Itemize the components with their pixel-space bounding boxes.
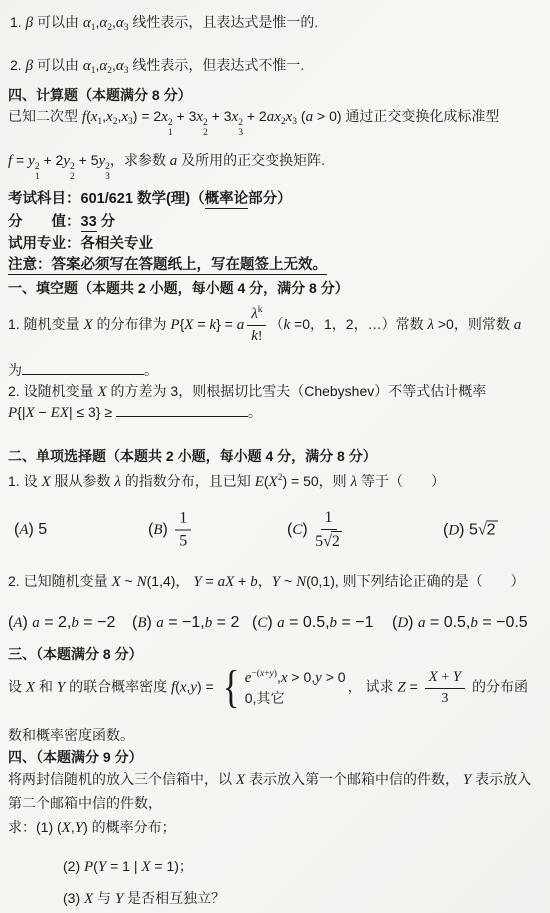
ask-line-1: 求：(1) (X,Y) 的概率分布； (8, 818, 176, 839)
la-statement-1: 1. β 可以由 α1,α2,α3 线性表示，且表达式是惟一的. (10, 13, 318, 34)
section-heading-4: 四、（本题满分 9 分） (8, 748, 143, 766)
choice-q1-stem: 1. 设 X 服从参数 λ 的指数分布，且已知 E(X2) = 50，则 λ 等… (8, 472, 445, 493)
choice-q1-option-a: (A) 5 (14, 521, 47, 539)
ask-line-3: (3) X 与 Y 是否相互独立？ (63, 889, 225, 910)
fill-q1-line: 1. 随机变量 X 的分布律为 P{X = k} = aλkk!（k =0，1，… (8, 305, 521, 346)
choice-q2-option-a: (A) a = 2,b = −2 (8, 614, 115, 632)
section-heading-fill: 一、填空题（本题共 2 小题，每小题 4 分，满分 8 分） (8, 279, 349, 297)
letters-line-1: 将两封信随机的放入三个信箱中，以 X 表示放入第一个邮箱中信的件数， Y 表示放… (8, 770, 531, 791)
joint-density-line: 设 X 和 Y 的联合概率密度 f(x,y) = {e−(x+y),x > 0,… (8, 668, 528, 707)
choice-q2-options-row: (A) a = 2,b = −2 (B) a = −1,b = 2 (C) a … (0, 608, 550, 638)
section-heading-choice: 二、单项选择题（本题共 2 小题，每小题 4 分，满分 8 分） (8, 447, 377, 465)
choice-q2-option-b: (B) a = −1,b = 2 (132, 614, 239, 632)
quadratic-form-line-2: f = y21 + 2y22 + 5y23，求参数 a 及所用的正交变换矩阵. (8, 151, 325, 182)
choice-q1-options-row: (A) 5 (B) 15 (C) 15√2 (D) 5√2 (0, 502, 550, 558)
letters-line-2: 第二个邮箱中信的件数， (8, 794, 162, 812)
answer-blank (22, 360, 144, 375)
exam-majors-line: 试用专业：各相关专业 (8, 235, 153, 254)
fill-q1-blank-line: 为。 (8, 360, 158, 379)
quadratic-form-line-1: 已知二次型 f(x1,x2,x3) = 2x21 + 3x22 + 3x23 +… (8, 107, 499, 138)
choice-q1-option-c: (C) 15√2 (287, 508, 345, 552)
exam-subject-line: 考试科目：601/621 数学(理)（概率论部分） (8, 190, 292, 209)
section-heading-calc: 四、计算题（本题满分 8 分） (8, 86, 192, 104)
choice-q2-option-c: (C) a = 0.5,b = −1 (252, 614, 374, 632)
fill-q2-line-2: P{|X − EX| ≤ 3} ≥ 。 (8, 402, 262, 424)
choice-q2-option-d: (D) a = 0.5,b = −0.5 (392, 614, 528, 632)
answer-blank (116, 402, 248, 417)
exam-notice-line: 注意：答案必须写在答题纸上，写在题签上无效。 (8, 256, 327, 275)
joint-density-cont-line: 数和概率密度函数。 (8, 726, 134, 744)
ask-line-2: (2) P(Y = 1 | X = 1)； (63, 857, 193, 878)
fill-q2-line-1: 2. 设随机变量 X 的方差为 3，则根据切比雪夫（Chebyshev）不等式估… (8, 382, 486, 403)
section-heading-3: 三、（本题满分 8 分） (8, 645, 143, 663)
scanned-exam-page: 1. β 可以由 α1,α2,α3 线性表示，且表达式是惟一的. 2. β 可以… (0, 0, 550, 913)
choice-q2-stem: 2. 已知随机变量 X ~ N(1,4)， Y = aX + b，Y ~ N(0… (8, 572, 525, 593)
exam-score-line: 分 值：33 分 (8, 213, 115, 232)
choice-q1-option-b: (B) 15 (148, 509, 194, 552)
la-statement-2: 2. β 可以由 α1,α2,α3 线性表示，但表达式不惟一. (10, 56, 304, 77)
choice-q1-option-d: (D) 5√2 (443, 521, 498, 540)
